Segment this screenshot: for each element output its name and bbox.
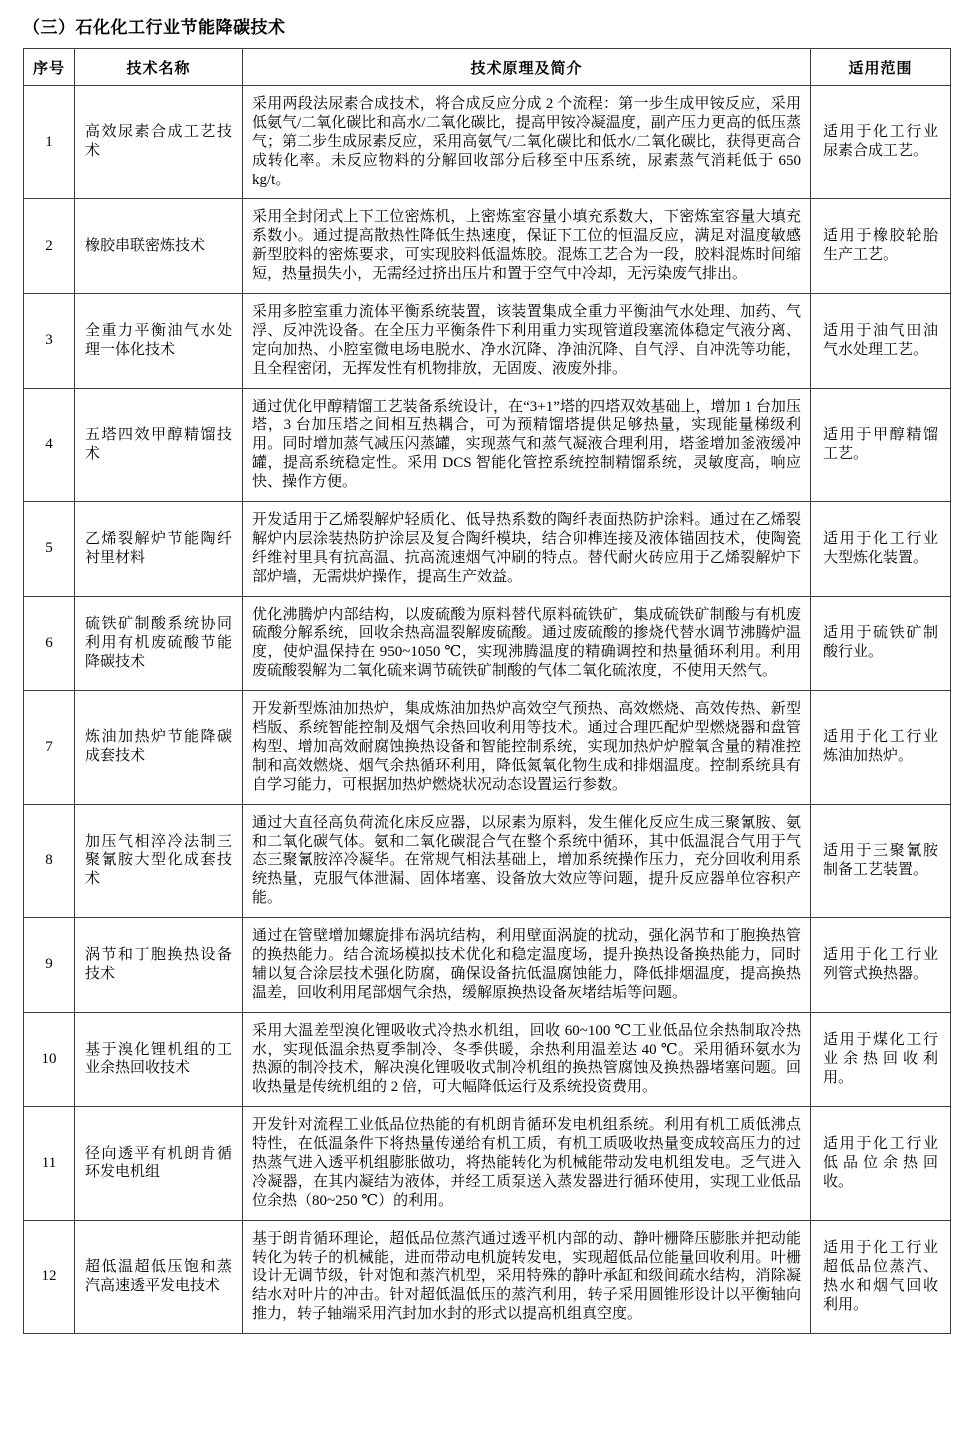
- header-cell-scope: 适用范围: [811, 49, 951, 86]
- table-row: 1 高效尿素合成工艺技术 采用两段法尿素合成技术，将合成反应分成 2 个流程：第…: [24, 86, 951, 199]
- row-number-cell: 6: [24, 596, 75, 691]
- tech-scope-cell: 适用于橡胶轮胎生产工艺。: [811, 199, 951, 294]
- tech-desc-cell: 采用两段法尿素合成技术，将合成反应分成 2 个流程：第一步生成甲铵反应，采用低氨…: [243, 86, 811, 199]
- table-row: 3 全重力平衡油气水处理一体化技术 采用多腔室重力流体平衡系统装置，该装置集成全…: [24, 294, 951, 389]
- row-number-cell: 10: [24, 1012, 75, 1107]
- tech-desc-cell: 开发针对流程工业低品位热能的有机朗肯循环发电机组系统。利用有机工质低沸点特性，在…: [243, 1107, 811, 1220]
- tech-scope-cell: 适用于化工行业尿素合成工艺。: [811, 86, 951, 199]
- tech-name-cell: 超低温超低压饱和蒸汽高速透平发电技术: [75, 1220, 243, 1333]
- table-row: 2 橡胶串联密炼技术 采用全封闭式上下工位密炼机，上密炼室容量小填充系数大，下密…: [24, 199, 951, 294]
- tech-desc-cell: 基于朗肯循环理论，超低品位蒸汽通过透平机内部的动、静叶栅降压膨胀并把动能转化为转…: [243, 1220, 811, 1333]
- section-title: （三）石化化工行业节能降碳技术: [23, 13, 965, 38]
- tech-name-cell: 硫铁矿制酸系统协同利用有机废硫酸节能降碳技术: [75, 596, 243, 691]
- tech-scope-cell: 适用于化工行业低品位余热回收。: [811, 1107, 951, 1220]
- table-row: 6 硫铁矿制酸系统协同利用有机废硫酸节能降碳技术 优化沸腾炉内部结构，以废硫酸为…: [24, 596, 951, 691]
- table-row: 10 基于溴化锂机组的工业余热回收技术 采用大温差型溴化锂吸收式冷热水机组，回收…: [24, 1012, 951, 1107]
- row-number-cell: 11: [24, 1107, 75, 1220]
- technology-table: 序号 技术名称 技术原理及简介 适用范围 1 高效尿素合成工艺技术 采用两段法尿…: [23, 48, 951, 1334]
- tech-scope-cell: 适用于硫铁矿制酸行业。: [811, 596, 951, 691]
- tech-scope-cell: 适用于煤化工行业余热回收利用。: [811, 1012, 951, 1107]
- row-number-cell: 8: [24, 804, 75, 917]
- tech-scope-cell: 适用于化工行业列管式换热器。: [811, 918, 951, 1013]
- tech-name-cell: 加压气相淬冷法制三聚氰胺大型化成套技术: [75, 804, 243, 917]
- tech-name-cell: 径向透平有机朗肯循环发电机组: [75, 1107, 243, 1220]
- tech-scope-cell: 适用于三聚氰胺制备工艺装置。: [811, 804, 951, 917]
- tech-desc-cell: 采用大温差型溴化锂吸收式冷热水机组，回收 60~100 ℃工业低品位余热制取冷热…: [243, 1012, 811, 1107]
- tech-scope-cell: 适用于化工行业大型炼化装置。: [811, 502, 951, 597]
- tech-name-cell: 涡节和丁胞换热设备技术: [75, 918, 243, 1013]
- tech-name-cell: 全重力平衡油气水处理一体化技术: [75, 294, 243, 389]
- tech-desc-cell: 通过在管壁增加螺旋排布涡坑结构，利用壁面涡旋的扰动，强化涡节和丁胞换热管的换热能…: [243, 918, 811, 1013]
- table-row: 12 超低温超低压饱和蒸汽高速透平发电技术 基于朗肯循环理论，超低品位蒸汽通过透…: [24, 1220, 951, 1333]
- row-number-cell: 5: [24, 502, 75, 597]
- header-cell-name: 技术名称: [75, 49, 243, 86]
- tech-desc-cell: 开发新型炼油加热炉，集成炼油加热炉高效空气预热、高效燃烧、高效传热、新型档版、系…: [243, 691, 811, 804]
- row-number-cell: 9: [24, 918, 75, 1013]
- table-row: 4 五塔四效甲醇精馏技术 通过优化甲醇精馏工艺装备系统设计，在“3+1”塔的四塔…: [24, 388, 951, 501]
- row-number-cell: 12: [24, 1220, 75, 1333]
- header-cell-no: 序号: [24, 49, 75, 86]
- tech-desc-cell: 采用全封闭式上下工位密炼机，上密炼室容量小填充系数大，下密炼室容量大填充系数小。…: [243, 199, 811, 294]
- tech-name-cell: 橡胶串联密炼技术: [75, 199, 243, 294]
- header-cell-desc: 技术原理及简介: [243, 49, 811, 86]
- row-number-cell: 7: [24, 691, 75, 804]
- tech-desc-cell: 采用多腔室重力流体平衡系统装置，该装置集成全重力平衡油气水处理、加药、气浮、反冲…: [243, 294, 811, 389]
- table-row: 5 乙烯裂解炉节能陶纤衬里材料 开发适用于乙烯裂解炉轻质化、低导热系数的陶纤表面…: [24, 502, 951, 597]
- tech-scope-cell: 适用于油气田油气水处理工艺。: [811, 294, 951, 389]
- tech-scope-cell: 适用于化工行业超低品位蒸汽、热水和烟气回收利用。: [811, 1220, 951, 1333]
- tech-name-cell: 五塔四效甲醇精馏技术: [75, 388, 243, 501]
- tech-name-cell: 乙烯裂解炉节能陶纤衬里材料: [75, 502, 243, 597]
- tech-name-cell: 基于溴化锂机组的工业余热回收技术: [75, 1012, 243, 1107]
- table-row: 8 加压气相淬冷法制三聚氰胺大型化成套技术 通过大直径高负荷流化床反应器，以尿素…: [24, 804, 951, 917]
- header-row: 序号 技术名称 技术原理及简介 适用范围: [24, 49, 951, 86]
- tech-desc-cell: 开发适用于乙烯裂解炉轻质化、低导热系数的陶纤表面热防护涂料。通过在乙烯裂解炉内层…: [243, 502, 811, 597]
- row-number-cell: 4: [24, 388, 75, 501]
- row-number-cell: 2: [24, 199, 75, 294]
- tech-desc-cell: 优化沸腾炉内部结构，以废硫酸为原料替代原料硫铁矿，集成硫铁矿制酸与有机废硫酸分解…: [243, 596, 811, 691]
- row-number-cell: 1: [24, 86, 75, 199]
- tech-scope-cell: 适用于甲醇精馏工艺。: [811, 388, 951, 501]
- table-row: 7 炼油加热炉节能降碳成套技术 开发新型炼油加热炉，集成炼油加热炉高效空气预热、…: [24, 691, 951, 804]
- row-number-cell: 3: [24, 294, 75, 389]
- tech-desc-cell: 通过大直径高负荷流化床反应器，以尿素为原料，发生催化反应生成三聚氰胺、氨和二氧化…: [243, 804, 811, 917]
- tech-desc-cell: 通过优化甲醇精馏工艺装备系统设计，在“3+1”塔的四塔双效基础上，增加 1 台加…: [243, 388, 811, 501]
- tech-name-cell: 炼油加热炉节能降碳成套技术: [75, 691, 243, 804]
- table-row: 11 径向透平有机朗肯循环发电机组 开发针对流程工业低品位热能的有机朗肯循环发电…: [24, 1107, 951, 1220]
- tech-name-cell: 高效尿素合成工艺技术: [75, 86, 243, 199]
- table-row: 9 涡节和丁胞换热设备技术 通过在管壁增加螺旋排布涡坑结构，利用壁面涡旋的扰动，…: [24, 918, 951, 1013]
- tech-scope-cell: 适用于化工行业炼油加热炉。: [811, 691, 951, 804]
